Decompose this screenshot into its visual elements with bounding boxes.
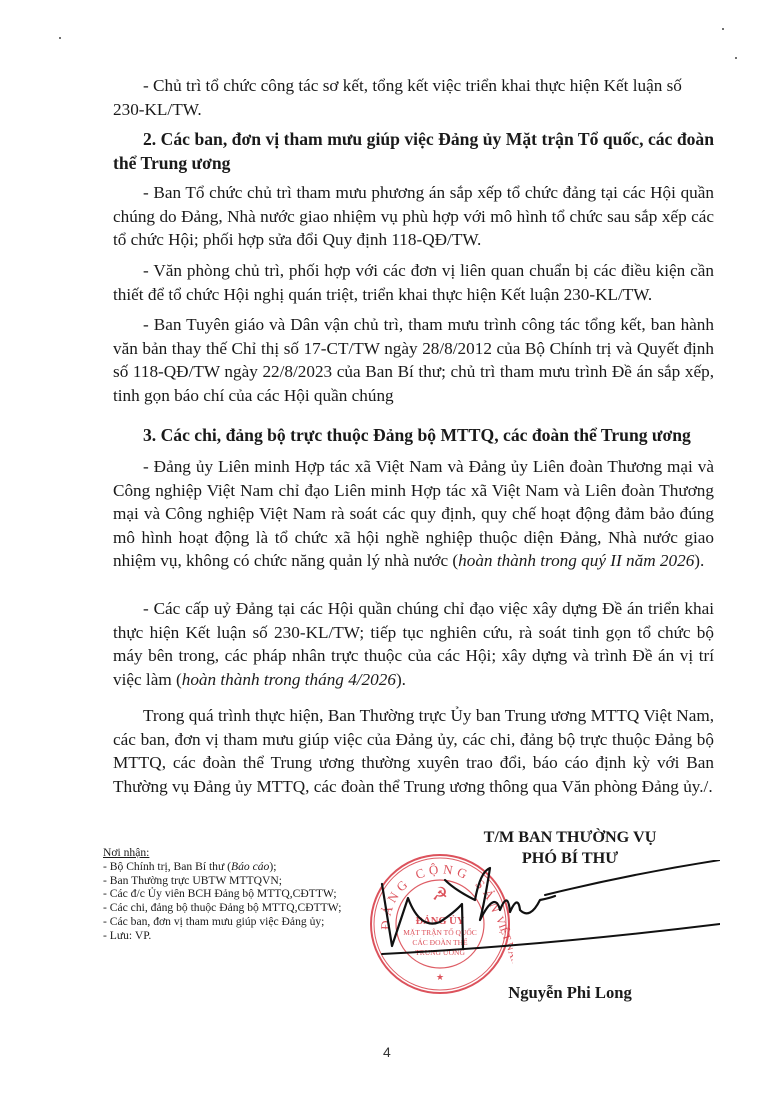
deadline-text: hoàn thành trong tháng 4/2026	[182, 670, 396, 689]
on-behalf-label: T/M BAN THƯỜNG VỤ	[420, 827, 720, 848]
paragraph-text: - Ban Tổ chức chủ trì tham mưu phương án…	[113, 183, 714, 249]
recipient-note: Báo cáo	[231, 860, 269, 873]
paragraph-text: - Văn phòng chủ trì, phối hợp với các đơ…	[113, 261, 714, 304]
page-number: 4	[383, 1044, 391, 1060]
paragraph-text: - Ban Tuyên giáo và Dân vận chủ trì, tha…	[113, 315, 714, 405]
recipient-item: - Ban Thường trực UBTW MTTQVN;	[103, 874, 341, 888]
paragraph-ban-to-chuc: - Ban Tổ chức chủ trì tham mưu phương án…	[113, 181, 714, 252]
section-heading-2: 2. Các ban, đơn vị tham mưu giúp việc Đả…	[113, 128, 714, 175]
recipient-item: - Các đ/c Ủy viên BCH Đảng bộ MTTQ,CĐTTW…	[103, 887, 341, 901]
paragraph-summary-task: - Chủ trì tổ chức công tác sơ kết, tổng …	[113, 74, 714, 121]
paragraph-text: Trong quá trình thực hiện, Ban Thường tr…	[113, 706, 714, 796]
scan-speck	[735, 57, 737, 59]
recipient-item: - Các chi, đảng bộ thuộc Đảng bộ MTTQ,CĐ…	[103, 901, 341, 915]
paragraph-cap-uy-hoi: - Các cấp uỷ Đảng tại các Hội quần chúng…	[113, 597, 714, 691]
paragraph-van-phong: - Văn phòng chủ trì, phối hợp với các đơ…	[113, 259, 714, 306]
handwritten-signature-icon	[380, 860, 720, 980]
scan-speck	[59, 37, 61, 39]
recipient-item: - Các ban, đơn vị tham mưu giúp việc Đản…	[103, 915, 341, 929]
paragraph-ban-tuyen-giao: - Ban Tuyên giáo và Dân vận chủ trì, tha…	[113, 313, 714, 407]
paragraph-lien-minh-htx: - Đảng ủy Liên minh Hợp tác xã Việt Nam …	[113, 455, 714, 573]
recipient-item: - Lưu: VP.	[103, 929, 341, 943]
paragraph-text: - Chủ trì tổ chức công tác sơ kết, tổng …	[143, 76, 682, 95]
section-heading-3: 3. Các chi, đảng bộ trực thuộc Đảng bộ M…	[113, 424, 714, 448]
document-page: - Chủ trì tổ chức công tác sơ kết, tổng …	[0, 0, 780, 1102]
deadline-text: hoàn thành trong quý II năm 2026	[458, 551, 694, 570]
signer-name: Nguyễn Phi Long	[420, 983, 720, 1003]
scan-speck	[722, 28, 724, 30]
paragraph-closing: Trong quá trình thực hiện, Ban Thường tr…	[113, 704, 714, 798]
recipients-title: Nơi nhận:	[103, 846, 341, 860]
paragraph-text: ).	[694, 551, 704, 570]
recipient-item: - Bộ Chính trị, Ban Bí thư (Báo cáo);	[103, 860, 341, 874]
recipient-text: );	[269, 860, 276, 873]
heading-text: 2. Các ban, đơn vị tham mưu giúp việc Đả…	[113, 129, 714, 173]
heading-text: 3. Các chi, đảng bộ trực thuộc Đảng bộ M…	[143, 425, 691, 445]
paragraph-text: ).	[396, 670, 406, 689]
paragraph-text: 230-KL/TW.	[113, 98, 714, 122]
recipient-text: - Bộ Chính trị, Ban Bí thư (	[103, 860, 231, 873]
recipients-list: Nơi nhận: - Bộ Chính trị, Ban Bí thư (Bá…	[103, 846, 341, 943]
